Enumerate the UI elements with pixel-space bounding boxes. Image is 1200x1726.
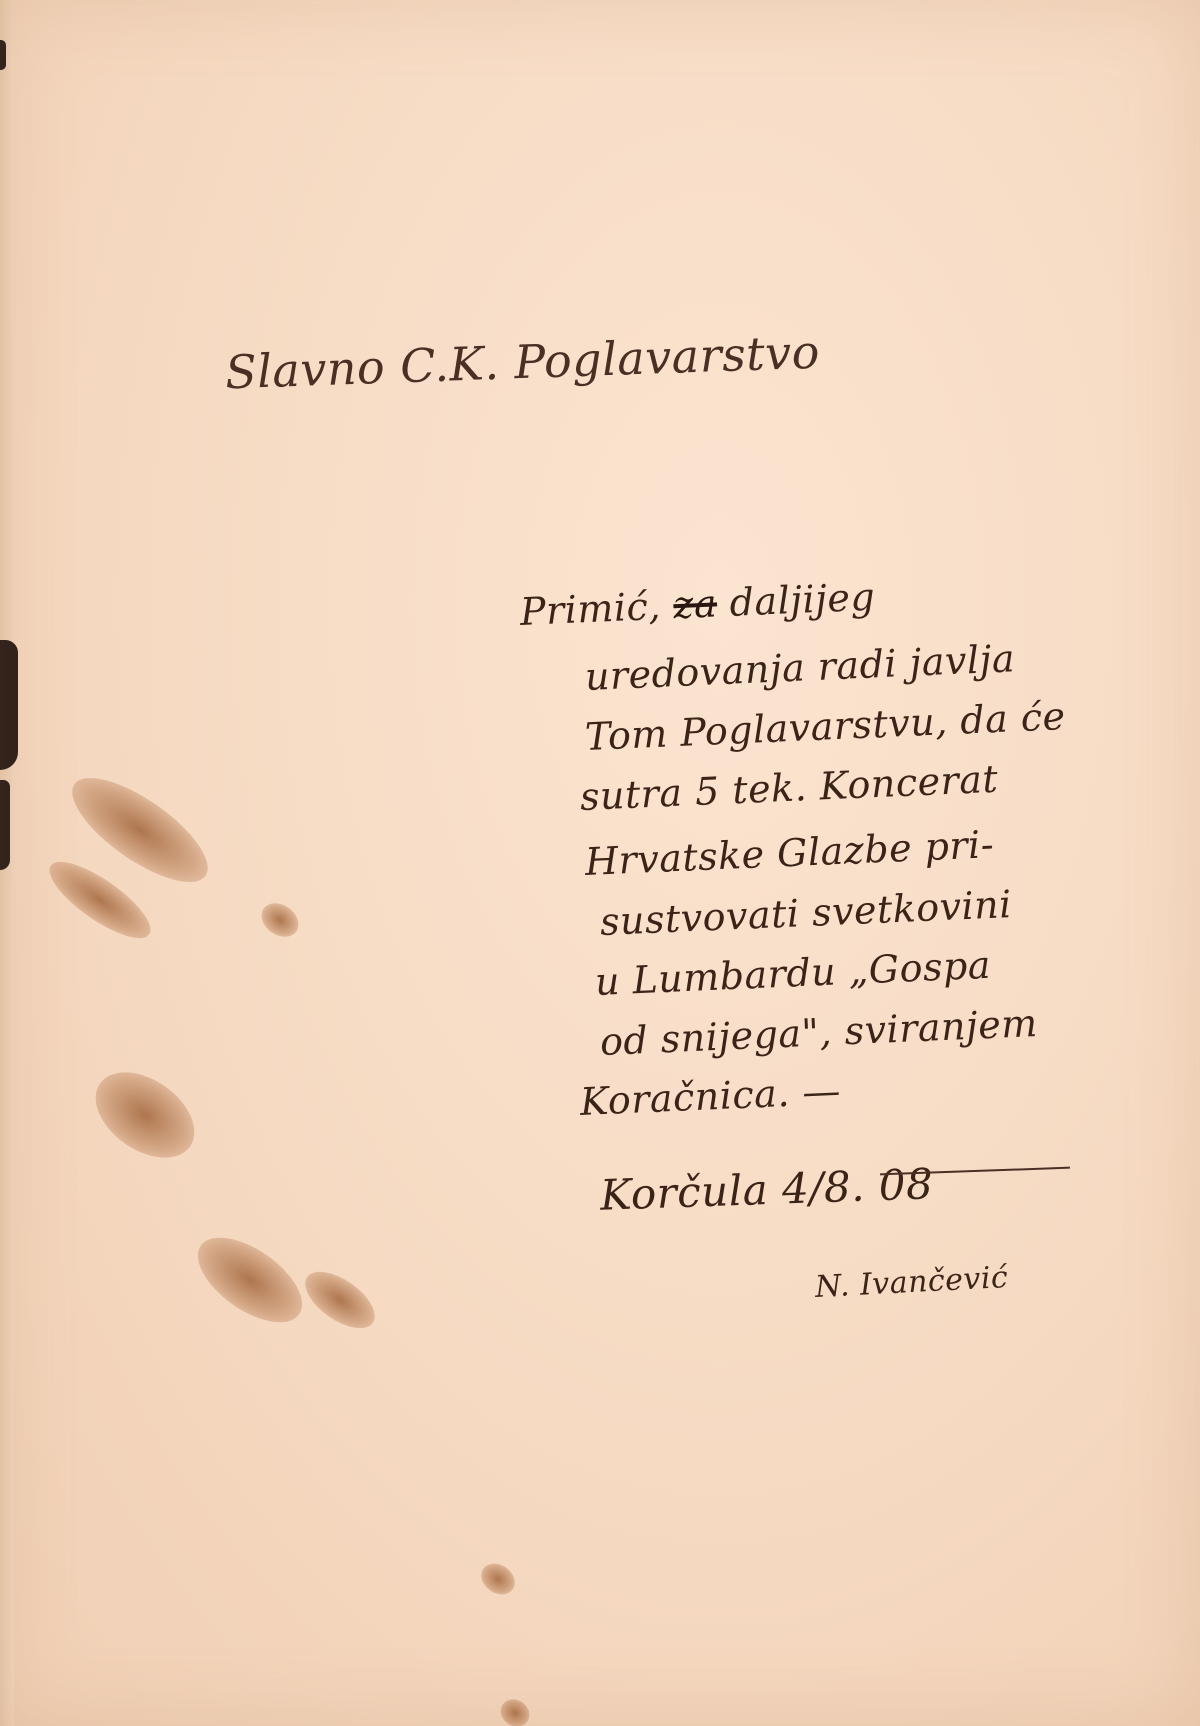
body-line-7: u Lumbardu „Gospa (594, 943, 992, 1004)
water-stain (80, 1055, 210, 1175)
body-line-8: od snijega", sviranjem (599, 1001, 1039, 1064)
salutation: Slavno C.K. Poglavarstvo (224, 325, 820, 400)
water-stain (495, 1694, 534, 1726)
body-line-6: sustvovati svetkovini (599, 882, 1013, 944)
body-line-1: Primić, za daljijeg (519, 575, 876, 634)
letter-page: Slavno C.K. Poglavarstvo Primić, za dalj… (0, 0, 1200, 1726)
body-line-4: sutra 5 tek. Koncerat (579, 757, 999, 819)
body-text: Primić, (519, 583, 674, 634)
struck-out-word: za (672, 581, 718, 627)
body-line-5: Hrvatske Glazbe pri- (584, 822, 995, 884)
body-line-3: Tom Poglavarstvu, da će (584, 694, 1066, 759)
body-text: daljijeg (716, 575, 876, 626)
water-stain (475, 1557, 521, 1601)
paper-tear (0, 40, 6, 70)
body-line-9: Koračnica. — (579, 1069, 842, 1124)
paper-tear (0, 640, 18, 770)
body-line-2: uredovanja radi javlja (584, 636, 1016, 699)
place-and-date: Korčula 4/8. 08 (599, 1159, 934, 1220)
water-stain (255, 896, 305, 944)
water-stain (296, 1261, 384, 1340)
paper-tear (0, 780, 10, 870)
signature: N. Ivančević (814, 1260, 1009, 1305)
water-stain (184, 1221, 317, 1339)
